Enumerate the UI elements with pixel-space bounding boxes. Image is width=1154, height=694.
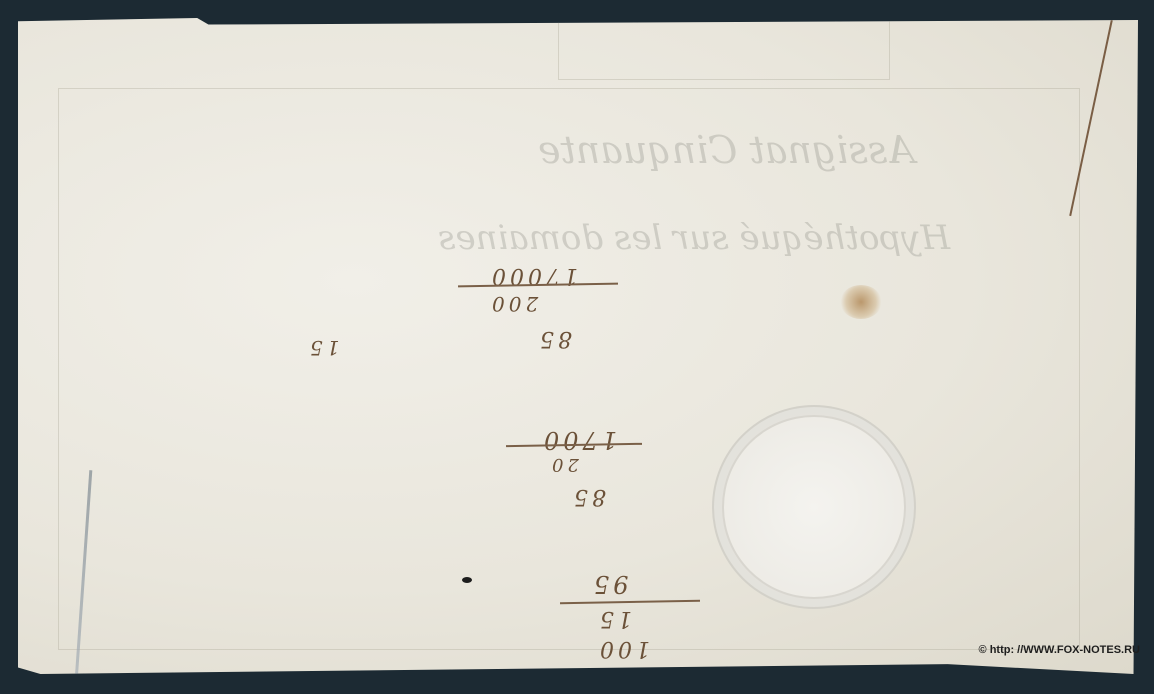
bleed-through-line-1: Assignat Cinquante xyxy=(538,128,915,172)
handwritten-margin-15: 15 xyxy=(306,336,339,360)
handwritten-100: 100 xyxy=(596,636,650,661)
banknote-paper: Assignat Cinquante Hypothéqué sur les do… xyxy=(18,18,1138,674)
handwritten-20: 20 xyxy=(548,454,579,475)
handwritten-15: 15 xyxy=(596,606,632,631)
handwritten-1700: 1700 xyxy=(540,426,617,454)
top-cartouche xyxy=(558,20,890,80)
handwritten-85-b: 85 xyxy=(570,484,606,509)
foxing-stain xyxy=(840,285,882,319)
ink-blot xyxy=(462,577,472,583)
handwritten-200: 200 xyxy=(488,292,538,316)
engraved-frame xyxy=(58,88,1080,650)
copyright-watermark: © http: //WWW.FOX-NOTES.RU xyxy=(979,644,1140,656)
handwritten-85-a: 85 xyxy=(536,326,572,351)
embossed-dry-seal xyxy=(712,405,916,609)
bleed-through-line-2: Hypothéqué sur les domaines xyxy=(438,218,950,258)
handwritten-95: 95 xyxy=(590,570,629,598)
